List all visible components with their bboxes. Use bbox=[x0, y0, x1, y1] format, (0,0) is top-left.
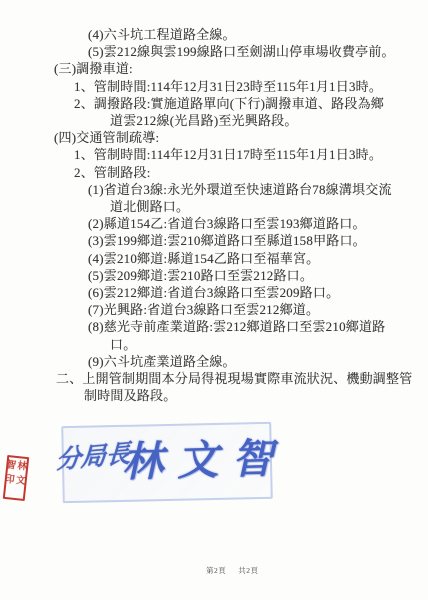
page-footer: 第2頁 共2頁 bbox=[206, 565, 259, 576]
document-page: (4)六斗坑工程道路全線。(5)雲212線與雲199線路口至劍湖山停車場收費亭前… bbox=[0, 0, 428, 600]
total-pages: 共2頁 bbox=[238, 565, 258, 576]
document-line: (四)交通管制疏導: bbox=[54, 129, 428, 146]
document-line: (3)雲199鄉道:雲210鄉道路口至縣道158甲路口。 bbox=[88, 232, 428, 249]
document-line: (4)六斗坑工程道路全線。 bbox=[88, 26, 428, 43]
document-line: (1)省道台3線:永光外環道至快速道路台78線溝埧交流 bbox=[88, 181, 428, 198]
document-line: 2、調撥路段:實施道路單向(下行)調撥車道、路段為鄉 bbox=[74, 95, 428, 112]
document-line: 道雲212線(光昌路)至光興路段。 bbox=[110, 112, 428, 129]
signature-name: 林文智 bbox=[121, 425, 287, 488]
document-line: 1、管制時間:114年12月31日17時至115年1月1日3時。 bbox=[74, 146, 428, 163]
document-line: 口。 bbox=[110, 336, 428, 353]
document-line: 制時間及路段。 bbox=[84, 387, 428, 404]
document-line: 二、上開管制期間本分局得視現場實際車流狀況、機動調整管 bbox=[56, 370, 428, 387]
document-line: (7)光興路:省道台3線路口至雲212鄉道。 bbox=[88, 301, 428, 318]
document-line: (三)調撥車道: bbox=[54, 60, 428, 77]
document-line: (9)六斗坑產業道路全線。 bbox=[88, 353, 428, 370]
personal-seal: 林文智印 bbox=[3, 455, 29, 501]
document-line: (5)雲209鄉道:雲210路口至雲212路口。 bbox=[88, 267, 428, 284]
page-number: 第2頁 bbox=[206, 565, 226, 576]
document-line: 1、管制時間:114年12月31日23時至115年1月1日3時。 bbox=[74, 78, 428, 95]
signature-title: 分局長 bbox=[55, 434, 132, 477]
document-line: (2)縣道154乙:省道台3線路口至雲193鄉道路口。 bbox=[88, 215, 428, 232]
document-line: 2、管制路段: bbox=[74, 164, 428, 181]
document-line: (6)雲212鄉道:省道台3線路口至雲209路口。 bbox=[88, 284, 428, 301]
document-body: (4)六斗坑工程道路全線。(5)雲212線與雲199線路口至劍湖山停車場收費亭前… bbox=[0, 26, 428, 404]
document-line: (8)慈光寺前產業道路:雲212鄉道路口至雲210鄉道路 bbox=[88, 318, 428, 335]
document-line: (5)雲212線與雲199線路口至劍湖山停車場收費亭前。 bbox=[88, 43, 428, 60]
document-line: 道北側路口。 bbox=[110, 198, 428, 215]
document-line: (4)雲210鄉道:縣道154乙路口至福華宮。 bbox=[88, 250, 428, 267]
